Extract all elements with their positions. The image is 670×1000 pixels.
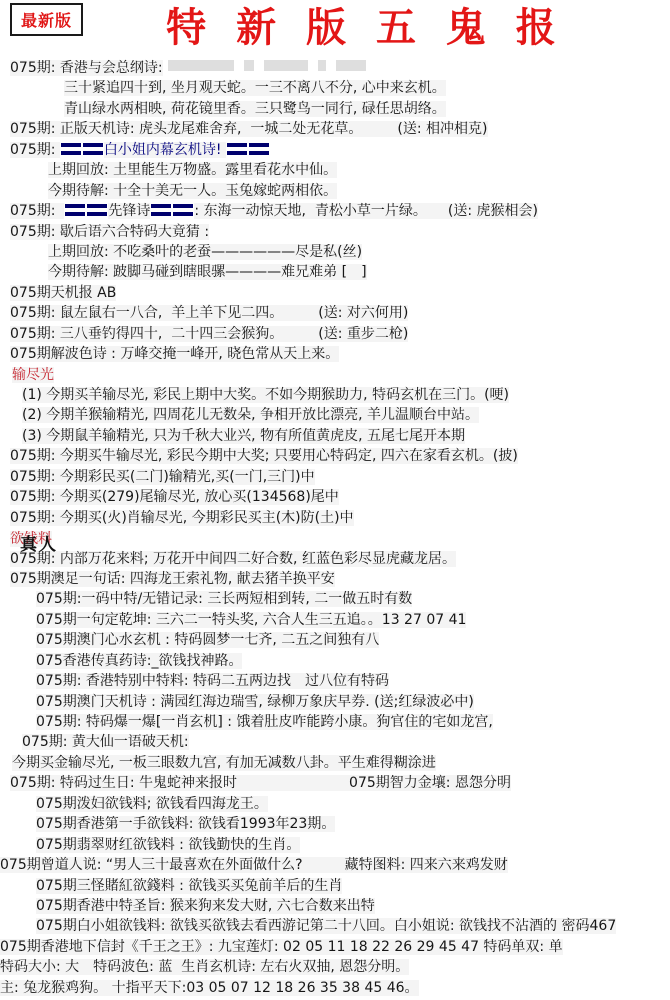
text-line: 075期翡翠财红欲钱料 : 欲钱勤快的生肖。: [0, 835, 670, 855]
text-segment: 075期: 特码爆一爆[一肖玄机] : 饿着肚皮咋能跨小康。狗官住的宅如龙宫,: [36, 714, 493, 730]
text-line: 075期香港中特圣旨: 猴来狗来发大财, 六七合数来出特: [0, 896, 670, 916]
latest-edition-badge: 最新版: [10, 3, 83, 36]
watermark-smudge: [264, 60, 308, 71]
double-bar-icon: [227, 143, 247, 155]
text-line: 075期: 香港特别中特料: 特码二五两边找 过八位有特码: [0, 671, 670, 691]
text-line: 075期: 三八垂钓得四十, 二十四三会猴狗。 (送: 重步二枪): [0, 324, 670, 344]
text-segment: 白小姐内幕玄机诗!: [104, 142, 226, 158]
text-segment: 075期澳门心水玄机 : 特码圆梦一七齐, 二五之间独有八: [36, 632, 379, 648]
text-segment: 075期: 今期买(279)尾输尽光, 放心买(134568)尾中: [10, 489, 339, 505]
double-bar-icon: [87, 204, 107, 216]
text-segment: 075期: 鼠左鼠右一八合, 羊上羊下见二四。 (送: 对六何用): [10, 305, 408, 321]
text-line: (2) 今期羊猴输精光, 四周花儿无数朵, 争相开放比漂亮, 羊儿温顺台中站。: [0, 405, 670, 425]
text-segment: 075期曾道人说: “男人三十最喜欢在外面做什么? 藏特图料: 四来六来鸡发财: [0, 857, 508, 873]
text-segment: 075期: 香港与会总纲诗:: [10, 60, 163, 76]
text-segment: 075期澳门天机诗 : 满园红海边瑞雪, 绿柳万象庆早券. (送;红绿波必中): [36, 694, 474, 710]
text-line: 075期白小姐欲钱料: 欲钱买欲钱去看西游记第二十八回。白小姐说: 欲钱找不沾酒…: [0, 916, 670, 936]
text-line: 上期回放: 不吃桑叶的老蚕——————尽是私(丝): [0, 242, 670, 262]
text-segment: 075期香港中特圣旨: 猴来狗来发大财, 六七合数来出特: [36, 898, 375, 914]
watermark-smudge: [244, 60, 254, 71]
text-line: 075香港传真药诗:_欲钱找神路。: [0, 651, 670, 671]
text-line: 075期: 白小姐内幕玄机诗!: [0, 140, 670, 160]
text-segment: 075期: 今期买(火)肖输尽光, 今期彩民买主(木)防(土)中: [10, 510, 354, 526]
double-bar-icon: [173, 204, 193, 216]
text-segment: 先锋诗: [108, 203, 150, 219]
text-line: 上期回放: 土里能生万物盛。露里看花水中仙。: [0, 160, 670, 180]
text-segment: (3) 今期鼠羊输精光, 只为千秋大业兴, 物有所值黄虎皮, 五尾七尾开本期: [22, 428, 465, 444]
double-bar-icon: [65, 204, 85, 216]
page-title: 特 新 版 五 鬼 报: [0, 0, 670, 56]
text-line: 今期待解: 十全十美无一人。玉兔嫁蛇两相依。: [0, 181, 670, 201]
text-line: 075期香港地下信封《千王之王》: 九宝莲灯: 02 05 11 18 22 2…: [0, 937, 670, 957]
text-line: 主: 兔龙猴鸡狗。 十指平天下:03 05 07 12 18 26 35 38 …: [0, 978, 670, 998]
text-line: 075期: 内部万花来料; 万花开中间四二好合数, 红蓝色彩尽显虎藏龙居。: [0, 549, 670, 569]
text-segment: 075期: 内部万花来料; 万花开中间四二好合数, 红蓝色彩尽显虎藏龙居。: [10, 551, 456, 567]
text-line: (3) 今期鼠羊输精光, 只为千秋大业兴, 物有所值黄虎皮, 五尾七尾开本期: [0, 426, 670, 446]
text-segment: (1) 今期买羊输尽光, 彩民上期中大奖。不如今期猴助力, 特码玄机在三门。(哽…: [22, 387, 509, 403]
text-segment: 今期待解: 十全十美无一人。玉兔嫁蛇两相依。: [48, 183, 337, 199]
double-bar-icon: [151, 204, 171, 216]
text-segment: 075香港传真药诗:_欲钱找神路。: [36, 653, 242, 669]
text-line: 三十紧追四十到, 坐月观天蛇。一三不离八不分, 心中来玄机。: [0, 78, 670, 98]
text-line: 075期: 正版天机诗: 虎头龙尾难舍弃, 一城二处无花草。 (送: 相冲相克): [0, 119, 670, 139]
text-line: 075期曾道人说: “男人三十最喜欢在外面做什么? 藏特图料: 四来六来鸡发财: [0, 855, 670, 875]
text-segment: 075期三怪賭紅欲錢料 : 欲钱买买兔前羊后的生肖: [36, 878, 342, 894]
text-line: 075期: 香港与会总纲诗:: [0, 58, 670, 78]
text-line: 075期一句定乾坤: 三六二一特头奖, 六合人生三五追。。13 27 07 41: [0, 610, 670, 630]
text-line: 输尽光: [0, 365, 670, 385]
text-segment: 075期澳足一句话: 四海龙王索礼物, 献去猪羊换平安: [10, 571, 335, 587]
text-segment: (2) 今期羊猴输精光, 四周花儿无数朵, 争相开放比漂亮, 羊儿温顺台中站。: [22, 407, 479, 423]
text-segment: 075期: 黄大仙一语破天机:: [22, 734, 189, 750]
text-line: 075期: 今期买(279)尾输尽光, 放心买(134568)尾中: [0, 487, 670, 507]
text-segment: : 东海一动惊天地, 青松小草一片绿。 (送: 虎猴相会): [194, 203, 538, 219]
text-line: 075期澳足一句话: 四海龙王索礼物, 献去猪羊换平安: [0, 569, 670, 589]
watermark-smudge: [168, 60, 234, 71]
text-segment: 075期香港第一手欲钱料: 欲钱看1993年23期。: [36, 816, 335, 832]
text-segment: 今期买金输尽光, 一板三眼数九宫, 有加无减数八卦。平生难得糊涂进: [12, 755, 436, 771]
text-line: 特码大小: 大 特码波色: 蓝 生肖玄机诗: 左右火双抽, 恩怨分明。: [0, 957, 670, 977]
text-line: 075期香港第一手欲钱料: 欲钱看1993年23期。: [0, 814, 670, 834]
page-header: 最新版 特 新 版 五 鬼 报: [0, 0, 670, 58]
text-segment: 075期解波色诗 : 万峰交掩一峰开, 晓色常从天上来。: [10, 346, 339, 362]
text-segment: 上期回放: 土里能生万物盛。露里看花水中仙。: [48, 162, 337, 178]
text-segment: 075期香港地下信封《千王之王》: 九宝莲灯: 02 05 11 18 22 2…: [0, 939, 563, 955]
watermark-smudge: [336, 60, 366, 71]
text-segment: 075期: 歇后语六合特码大竟猜 :: [10, 224, 209, 240]
text-line: 075期: 鼠左鼠右一八合, 羊上羊下见二四。 (送: 对六何用): [0, 303, 670, 323]
text-line: 075期三怪賭紅欲錢料 : 欲钱买买兔前羊后的生肖: [0, 876, 670, 896]
text-segment: 075期: 正版天机诗: 虎头龙尾难舍弃, 一城二处无花草。 (送: 相冲相克): [10, 121, 488, 137]
text-line: 075期: 特码爆一爆[一肖玄机] : 饿着肚皮咋能跨小康。狗官住的宅如龙宫,: [0, 712, 670, 732]
text-segment: 075期: 今期买牛输尽光, 彩民今期中大奖; 只要用心特码定, 四六在家看玄机…: [10, 448, 518, 464]
double-bar-icon: [83, 143, 103, 155]
text-line: 075期: 黄大仙一语破天机:: [0, 732, 670, 752]
text-segment: 075期: 今期彩民买(二门)输精光,买(一门,三门)中: [10, 469, 315, 485]
text-segment: 075期白小姐欲钱料: 欲钱买欲钱去看西游记第二十八回。白小姐说: 欲钱找不沾酒…: [36, 918, 616, 934]
text-segment: 075期: 三八垂钓得四十, 二十四三会猴狗。 (送: 重步二枪): [10, 326, 408, 342]
text-line: (1) 今期买羊输尽光, 彩民上期中大奖。不如今期猴助力, 特码玄机在三门。(哽…: [0, 385, 670, 405]
text-segment: 075期翡翠财红欲钱料 : 欲钱勤快的生肖。: [36, 837, 300, 853]
text-segment: 075期:: [10, 142, 60, 158]
text-line: 075期泼妇欲钱料; 欲钱看四海龙王。: [0, 794, 670, 814]
text-segment: 上期回放: 不吃桑叶的老蚕——————尽是私(丝): [48, 244, 362, 260]
text-segment: 特码大小: 大 特码波色: 蓝 生肖玄机诗: 左右火双抽, 恩怨分明。: [0, 959, 409, 975]
text-segment: 075期: 香港特别中特料: 特码二五两边找 过八位有特码: [36, 673, 389, 689]
text-line: 075期: 先锋诗: 东海一动惊天地, 青松小草一片绿。 (送: 虎猴相会): [0, 201, 670, 221]
document-body: 075期: 香港与会总纲诗:三十紧追四十到, 坐月观天蛇。一三不离八不分, 心中…: [0, 58, 670, 998]
text-line: 欲钱料真人: [0, 528, 670, 548]
text-line: 075期澳门天机诗 : 满园红海边瑞雪, 绿柳万象庆早券. (送;红绿波必中): [0, 692, 670, 712]
text-segment: 075期: 特码过生日: 牛鬼蛇神来报时 075期智力金壤: 恩怨分明: [10, 775, 511, 791]
text-line: 今期待解: 跛脚马碰到瞎眼骡————难兄难弟 [ ]: [0, 262, 670, 282]
text-line: 075期澳门心水玄机 : 特码圆梦一七齐, 二五之间独有八: [0, 630, 670, 650]
text-segment: 青山绿水两相映, 荷花镜里香。三只鹭鸟一同行, 碌任思胡络。: [64, 101, 446, 117]
text-line: 075期: 今期买牛输尽光, 彩民今期中大奖; 只要用心特码定, 四六在家看玄机…: [0, 446, 670, 466]
text-segment: 075期泼妇欲钱料; 欲钱看四海龙王。: [36, 796, 268, 812]
text-segment: 三十紧追四十到, 坐月观天蛇。一三不离八不分, 心中来玄机。: [64, 80, 446, 96]
text-segment: 075期一句定乾坤: 三六二一特头奖, 六合人生三五追。。13 27 07 41: [36, 612, 466, 628]
text-segment: 真人: [20, 535, 58, 555]
text-segment: 主: 兔龙猴鸡狗。 十指平天下:03 05 07 12 18 26 35 38 …: [0, 980, 419, 996]
text-segment: 075期:: [10, 203, 64, 219]
text-segment: 输尽光: [12, 367, 54, 383]
watermark-smudge: [318, 60, 326, 71]
text-segment: 今期待解: 跛脚马碰到瞎眼骡————难兄难弟 [ ]: [48, 264, 367, 280]
text-segment: 075期天机报 AB: [10, 285, 116, 301]
text-line: 075期: 特码过生日: 牛鬼蛇神来报时 075期智力金壤: 恩怨分明: [0, 773, 670, 793]
double-bar-icon: [249, 143, 269, 155]
text-line: 青山绿水两相映, 荷花镜里香。三只鹭鸟一同行, 碌任思胡络。: [0, 99, 670, 119]
text-line: 075期解波色诗 : 万峰交掩一峰开, 晓色常从天上来。: [0, 344, 670, 364]
text-line: 075期天机报 AB: [0, 283, 670, 303]
text-line: 今期买金输尽光, 一板三眼数九宫, 有加无减数八卦。平生难得糊涂进: [0, 753, 670, 773]
double-bar-icon: [61, 143, 81, 155]
text-line: 075期: 歇后语六合特码大竟猜 :: [0, 222, 670, 242]
text-line: 075期: 今期彩民买(二门)输精光,买(一门,三门)中: [0, 467, 670, 487]
text-line: 075期: 今期买(火)肖输尽光, 今期彩民买主(木)防(土)中: [0, 508, 670, 528]
text-segment: 075期:一码中特/无错记录: 三长两短相到转, 二一做五时有数: [36, 591, 412, 607]
text-line: 075期:一码中特/无错记录: 三长两短相到转, 二一做五时有数: [0, 589, 670, 609]
